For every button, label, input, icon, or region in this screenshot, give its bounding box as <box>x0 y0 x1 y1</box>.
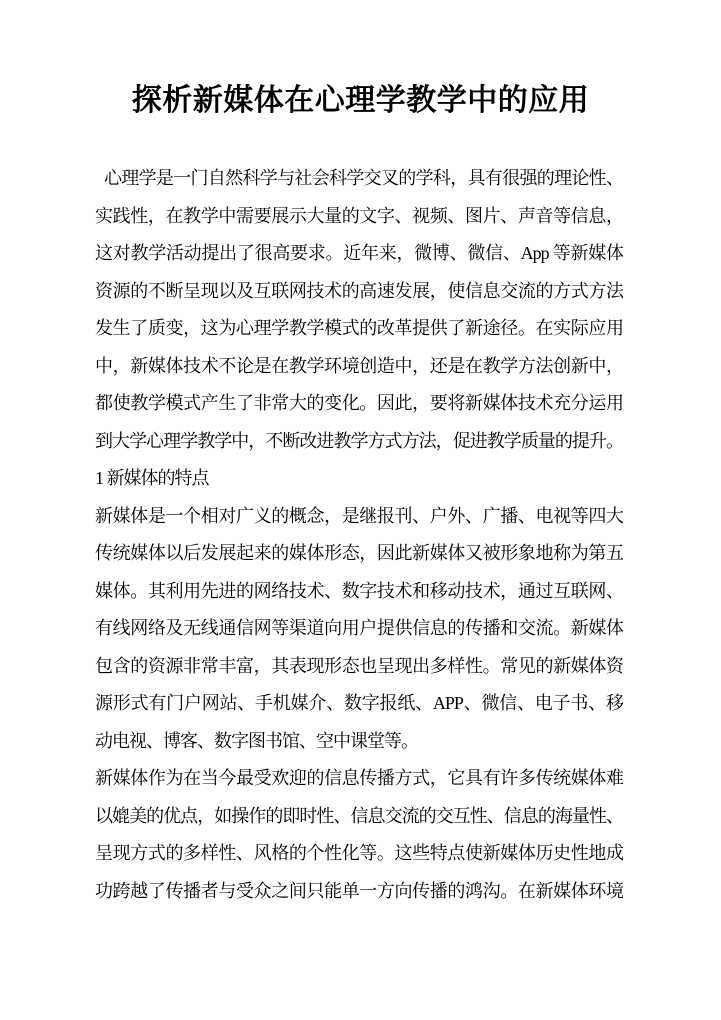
paragraph-new-media-definition: 新媒体是一个相对广义的概念，是继报刊、户外、广播、电视等四大传统媒体以后发展起来… <box>95 498 623 761</box>
text-line: 包含的资源非常丰富，其表现形态也呈现出多样性。常见的新媒体资 <box>95 648 623 686</box>
text-line: 源形式有门户网站、手机媒介、数字报纸、APP、微信、电子书、移 <box>95 685 623 723</box>
text-line: 呈现方式的多样性、风格的个性化等。这些特点使新媒体历史性地成 <box>95 835 623 873</box>
text-line: 新媒体是一个相对广义的概念，是继报刊、户外、广播、电视等四大 <box>95 498 623 536</box>
document-title: 探析新媒体在心理学教学中的应用 <box>0 79 721 123</box>
document-page: 探析新媒体在心理学教学中的应用 心理学是一门自然科学与社会科学交叉的学科，具有很… <box>0 0 721 1020</box>
paragraph-new-media-advantages: 新媒体作为在当今最受欢迎的信息传播方式，它具有许多传统媒体难以媲美的优点，如操作… <box>95 760 623 910</box>
text-line: 到大学心理学教学中，不断改进教学方式方法，促进教学质量的提升。 <box>95 423 623 461</box>
intro-paragraph: 心理学是一门自然科学与社会科学交叉的学科，具有很强的理论性、实践性，在教学中需要… <box>95 160 623 460</box>
text-line: 功跨越了传播者与受众之间只能单一方向传播的鸿沟。在新媒体环境 <box>95 873 623 911</box>
text-line: 都使教学模式产生了非常大的变化。因此，要将新媒体技术充分运用 <box>95 385 623 423</box>
document-body: 心理学是一门自然科学与社会科学交叉的学科，具有很强的理论性、实践性，在教学中需要… <box>95 160 623 910</box>
text-line: 以媲美的优点，如操作的即时性、信息交流的交互性、信息的海量性、 <box>95 798 623 836</box>
section-heading-1: 1 新媒体的特点 <box>95 460 623 498</box>
text-line: 动电视、博客、数字图书馆、空中课堂等。 <box>95 723 623 761</box>
text-line: 实践性，在教学中需要展示大量的文字、视频、图片、声音等信息， <box>95 198 623 236</box>
text-line: 1 新媒体的特点 <box>95 460 623 498</box>
text-line: 媒体。其利用先进的网络技术、数字技术和移动技术，通过互联网、 <box>95 573 623 611</box>
text-line: 有线网络及无线通信网等渠道向用户提供信息的传播和交流。新媒体 <box>95 610 623 648</box>
text-line: 资源的不断呈现以及互联网技术的高速发展，使信息交流的方式方法 <box>95 273 623 311</box>
text-line: 传统媒体以后发展起来的媒体形态，因此新媒体又被形象地称为第五 <box>95 535 623 573</box>
text-line: 这对教学活动提出了很高要求。近年来，微博、微信、App 等新媒体 <box>95 235 623 273</box>
text-line: 新媒体作为在当今最受欢迎的信息传播方式，它具有许多传统媒体难 <box>95 760 623 798</box>
text-line: 发生了质变，这为心理学教学模式的改革提供了新途径。在实际应用 <box>95 310 623 348</box>
text-line: 心理学是一门自然科学与社会科学交叉的学科，具有很强的理论性、 <box>95 160 623 198</box>
text-line: 中，新媒体技术不论是在教学环境创造中，还是在教学方法创新中， <box>95 348 623 386</box>
